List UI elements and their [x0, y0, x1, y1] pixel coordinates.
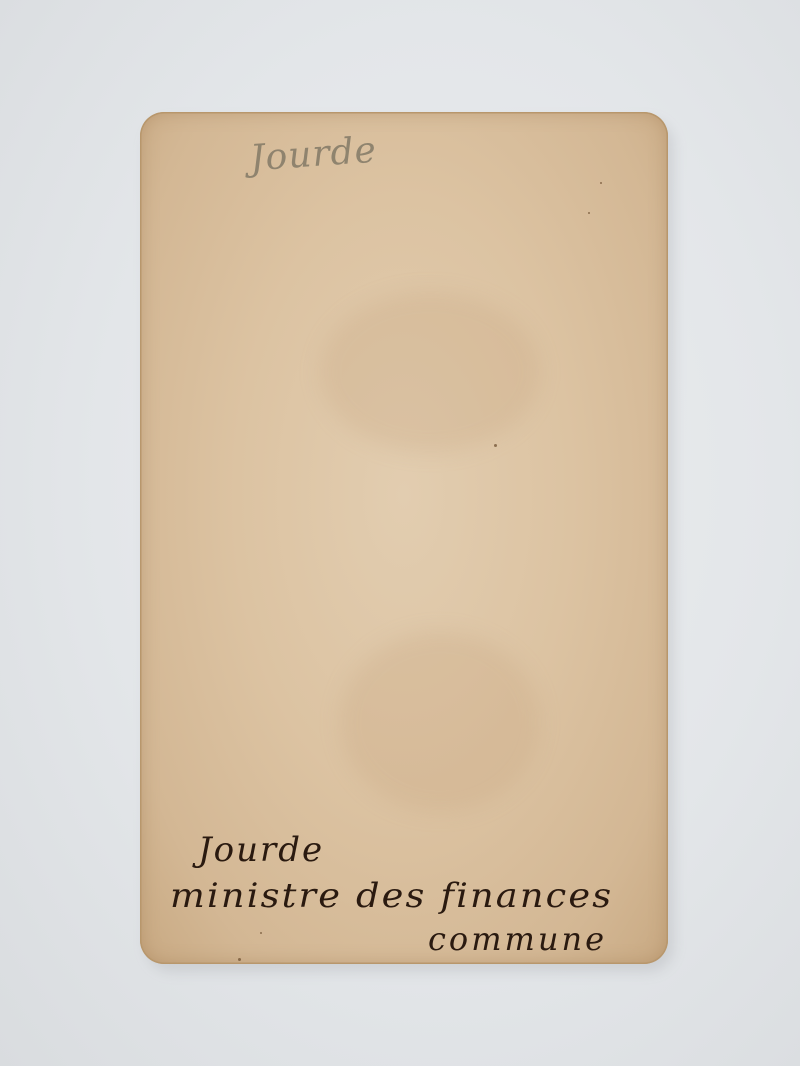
pencil-inscription: Jourde — [249, 130, 378, 180]
ink-inscription-organization: commune — [428, 920, 607, 958]
paper-speck — [588, 212, 590, 214]
paper-speck — [494, 444, 497, 447]
ink-inscription-title: ministre des finances — [170, 876, 613, 916]
ink-inscription-name: Jourde — [198, 830, 324, 870]
paper-speck — [238, 958, 241, 961]
paper-speck — [600, 182, 602, 184]
paper-speck — [260, 932, 262, 934]
paper-stain — [340, 632, 540, 812]
carte-de-visite-back: Jourde Jourde ministre des finances comm… — [140, 112, 668, 964]
paper-stain — [320, 292, 540, 452]
